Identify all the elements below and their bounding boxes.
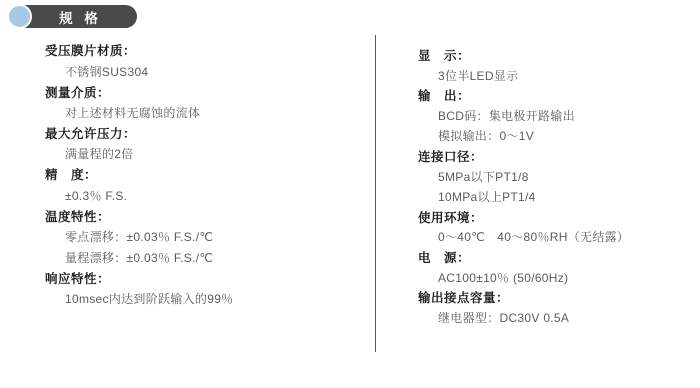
spec-label: 输出接点容量： <box>418 287 693 307</box>
spec-group: 输 出：BCD码：集电极开路输出模拟输出：0～1V <box>418 85 693 146</box>
spec-value: 不锈钢SUS304 <box>45 61 365 82</box>
section-title-banner: 规 格 <box>14 5 137 28</box>
spec-group: 温度特性：零点漂移：±0.03％ F.S./℃量程漂移：±0.03％ F.S./… <box>45 206 365 268</box>
spec-value: 量程漂移：±0.03％ F.S./℃ <box>45 247 365 268</box>
spec-value: 3位半LED显示 <box>418 65 693 85</box>
spec-value: 10MPa以上PT1/4 <box>418 186 693 206</box>
spec-value: 10msec内达到阶跃输入的99％ <box>45 288 365 309</box>
spec-value: 零点漂移：±0.03％ F.S./℃ <box>45 226 365 247</box>
spec-value: 0～40℃ 40～80％RH（无结露） <box>418 227 693 247</box>
spec-group: 测量介质：对上述材料无腐蚀的流体 <box>45 81 365 122</box>
spec-label: 响应特性： <box>45 268 365 289</box>
spec-group: 精 度：±0.3％ F.S. <box>45 164 365 205</box>
spec-column-right: 显 示：3位半LED显示输 出：BCD码：集电极开路输出模拟输出：0～1V连接口… <box>418 45 693 328</box>
spec-group: 显 示：3位半LED显示 <box>418 45 693 85</box>
spec-group: 使用环境：0～40℃ 40～80％RH（无结露） <box>418 207 693 247</box>
spec-label: 测量介质： <box>45 81 365 102</box>
spec-label: 显 示： <box>418 45 693 65</box>
spec-value: 满量程的2倍 <box>45 143 365 164</box>
spec-group: 响应特性：10msec内达到阶跃输入的99％ <box>45 268 365 309</box>
spec-value: 5MPa以下PT1/8 <box>418 166 693 186</box>
spec-label: 温度特性： <box>45 206 365 227</box>
spec-group: 输出接点容量：继电器型：DC30V 0.5A <box>418 287 693 327</box>
section-title: 规 格 <box>49 7 102 27</box>
spec-group: 连接口径：5MPa以下PT1/810MPa以上PT1/4 <box>418 146 693 207</box>
spec-value: BCD码：集电极开路输出 <box>418 106 693 126</box>
column-divider <box>375 35 376 352</box>
spec-column-left: 受压膜片材质：不锈钢SUS304测量介质：对上述材料无腐蚀的流体最大允许压力：满… <box>45 40 365 309</box>
spec-label: 最大允许压力： <box>45 123 365 144</box>
spec-value: ±0.3％ F.S. <box>45 185 365 206</box>
spec-value: AC100±10％ (50/60Hz) <box>418 267 693 287</box>
spec-label: 使用环境： <box>418 207 693 227</box>
spec-value: 继电器型：DC30V 0.5A <box>418 307 693 327</box>
spec-group: 最大允许压力：满量程的2倍 <box>45 123 365 164</box>
spec-label: 连接口径： <box>418 146 693 166</box>
spec-value: 对上述材料无腐蚀的流体 <box>45 102 365 123</box>
spec-value: 模拟输出：0～1V <box>418 126 693 146</box>
spec-group: 受压膜片材质：不锈钢SUS304 <box>45 40 365 81</box>
spec-label: 输 出： <box>418 85 693 105</box>
spec-label: 精 度： <box>45 164 365 185</box>
bullet-circle-icon <box>7 4 32 29</box>
spec-group: 电 源：AC100±10％ (50/60Hz) <box>418 247 693 287</box>
spec-label: 受压膜片材质： <box>45 40 365 61</box>
spec-label: 电 源： <box>418 247 693 267</box>
